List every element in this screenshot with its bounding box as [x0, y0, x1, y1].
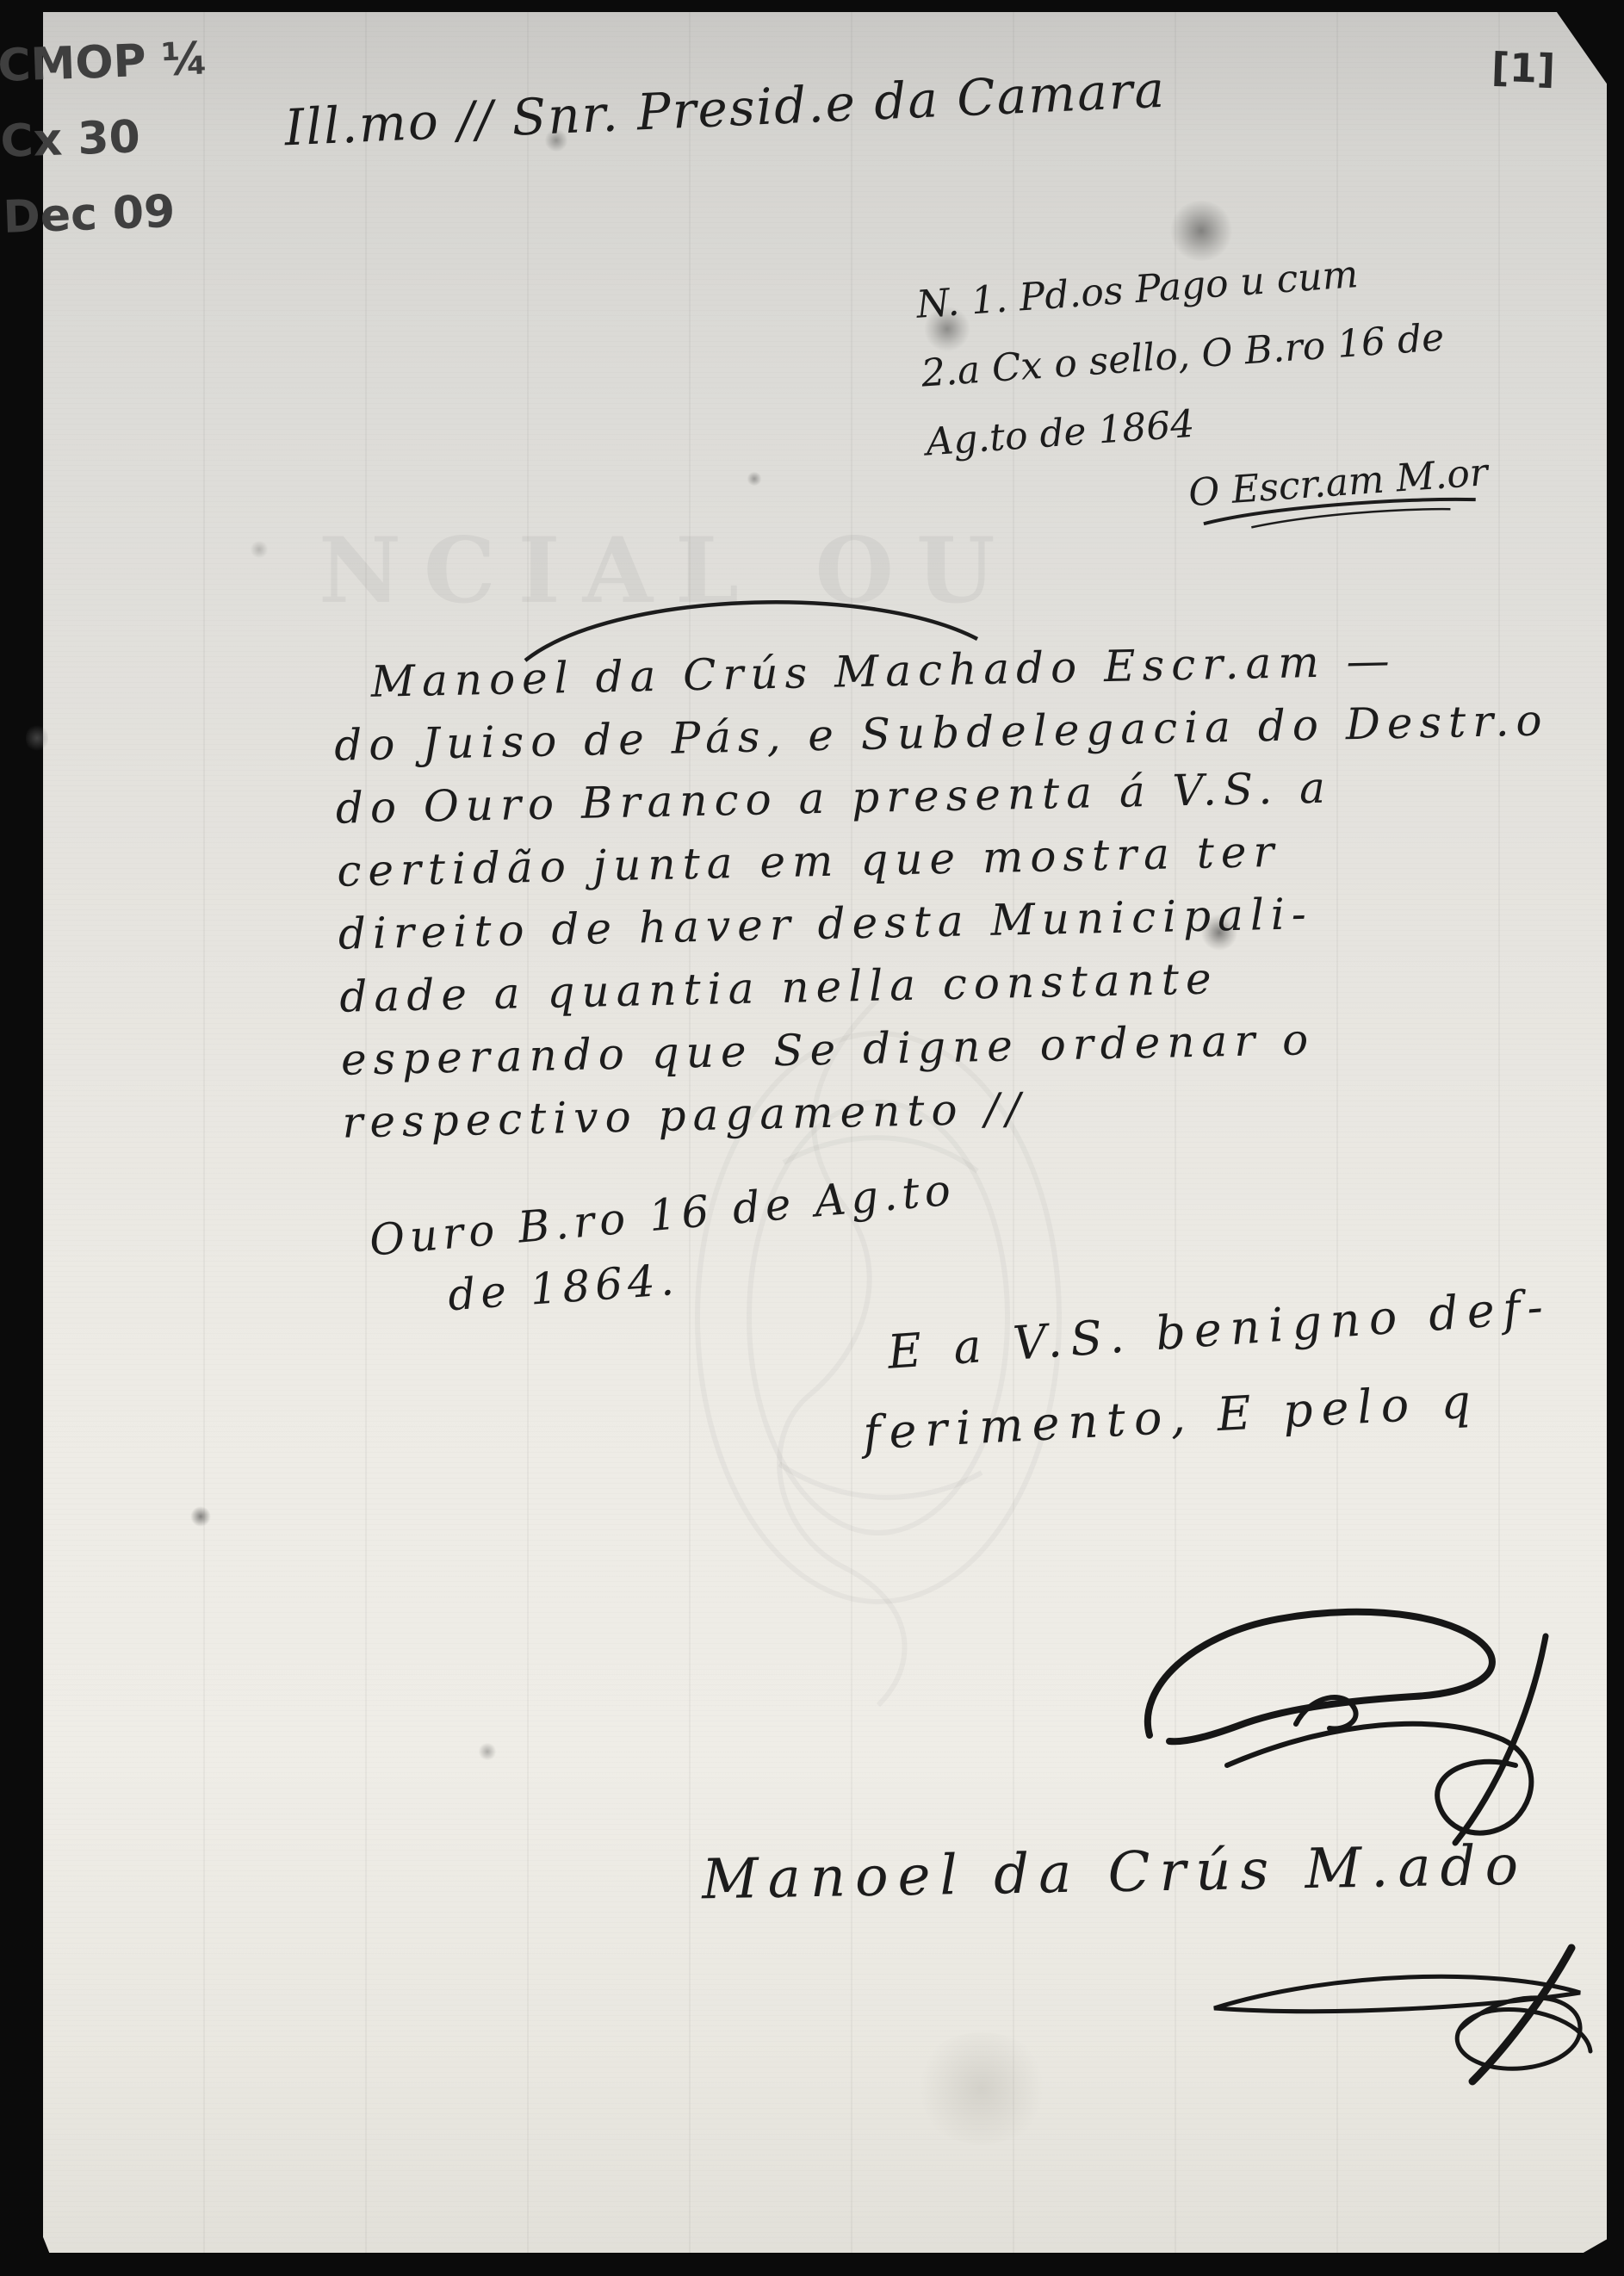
flourish-stroke [1214, 1976, 1580, 2011]
flourish-stroke [1227, 1724, 1531, 1833]
signature-flourish [1201, 1922, 1615, 2103]
flourish-stroke [1148, 1612, 1492, 1742]
flourish-stroke [1472, 1948, 1571, 2081]
despacho-note: N. 1. Pd.os Pago u cum 2.a Cx o sello, O… [914, 233, 1491, 546]
scanned-document-page: NCIAL OU [1] Ill.mo // Snr. Presid.e da … [0, 0, 1624, 2276]
rubric-paraph-flourish [1111, 1585, 1576, 1851]
flourish-stroke [1457, 1998, 1590, 2068]
petition-body: Manoel da Crús Machado Escr.am — do Juis… [332, 626, 1557, 1154]
